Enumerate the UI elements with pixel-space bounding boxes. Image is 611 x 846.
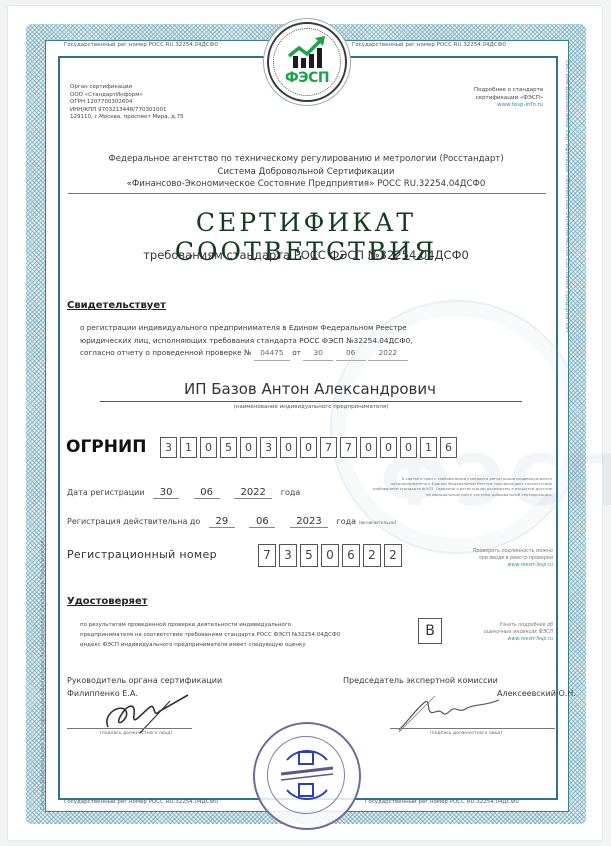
cert-body-line: Орган сертификации [70,84,184,92]
agency-line: «Финансово-Экономическое Состояние Предп… [62,178,550,191]
right-signature-caption: (подпись должностного лица) [430,731,502,736]
right-signature-line [390,728,555,729]
registration-number-digits: 7350622 [258,544,402,567]
testifies-line: юридических лиц, исполняющих требования … [80,335,550,348]
registration-digit-box: 5 [300,544,318,567]
registration-year: 2022 [234,487,272,499]
left-signature-line [67,728,192,729]
registration-digit-box: 3 [279,544,297,567]
side-text-left: Система Добровольной Сертификации «Финан… [40,537,46,810]
valid-until-label: Регистрация действительна до [67,517,200,526]
ogrnip-digit-box: 0 [360,437,377,458]
valid-until-note: (включительно) [359,521,397,526]
verify-line: Проверить подлинность можно [458,548,553,555]
holder-name-caption: (наименование индивидуального предприним… [100,404,522,410]
ogrnip-digit-box: 1 [180,437,197,458]
grade-note-line: Узнать подробнее об [455,622,553,629]
right-signature-icon [395,696,505,732]
report-number: 04475 [254,347,290,361]
ogrnip-digit-box: 3 [160,437,177,458]
ogrnip-digit-box: 0 [280,437,297,458]
verify-line: при вводе в реестр проверки [458,555,553,562]
ogrnip-digits: 310503007700016 [160,437,457,458]
registration-digit-box: 7 [258,544,276,567]
ogrnip-digit-box: 7 [320,437,337,458]
right-signatory-name: Алексеевский О.Н. [497,689,576,698]
testifies-line: согласно отчету о проведенной проверке №… [80,347,550,361]
left-signature-caption: (подпись должностного лица) [100,731,172,736]
agency-line: Федеральное агентство по техническому ре… [62,153,550,166]
registration-digit-box: 0 [321,544,339,567]
valid-until-row: Регистрация действительна до 29 06 2023 … [67,516,396,528]
grade-note-link[interactable]: www.reestr-fesp.ru [455,636,553,643]
fine-print: В соответствии с требованиями стандарта … [372,476,552,497]
registration-number-label: Регистрационный номер [67,548,217,561]
certificate-subtitle: требованиям стандарта РОСС ФЭСП №32254.0… [62,248,550,262]
official-stamp [253,722,361,830]
state-reg-line-bottom-right: Государственный рег.номер РОСС RU.32254.… [365,799,519,805]
report-from: от [292,348,301,357]
verify-link[interactable]: www.reestr-fesp.ru [458,562,553,569]
registration-date-row: Дата регистрации 30 06 2022 года [67,487,300,499]
ogrnip-digit-box: 7 [340,437,357,458]
state-reg-line-bottom-left: Государственный рег.номер РОСС RU.32254.… [64,799,218,805]
grade-note-line: оценочных индексах ФЭСП [455,629,553,636]
registration-day: 30 [153,487,179,499]
growth-chart-icon [287,36,327,70]
cert-body-line: ООО «СтандартИнформ» [70,92,184,100]
right-signatory-title: Председатель экспертной комиссии [343,676,498,685]
ogrnip-digit-box: 3 [260,437,277,458]
certification-body-block: Орган сертификации ООО «СтандартИнформ» … [70,84,184,122]
verify-note: Проверить подлинность можно при вводе в … [458,548,553,569]
logo-label: ФЭСП [269,70,345,86]
cert-body-line: ИНН/КПП 9703213448/770301001 [70,107,184,115]
state-reg-line-top-right: Государственный рег.номер РОСС RU.32254.… [352,42,506,48]
grade-note: Узнать подробнее об оценочных индексах Ф… [455,622,553,643]
certifies-text: по результатам проведенной проверки деят… [80,620,410,650]
left-signatory-title: Руководитель органа сертификации [67,676,222,685]
registration-digit-box: 2 [363,544,381,567]
report-prefix: согласно отчету о проведенной проверке № [80,348,252,357]
registration-month: 06 [194,487,220,499]
testifies-text: о регистрации индивидуального предприним… [80,322,550,361]
testifies-line: о регистрации индивидуального предприним… [80,322,550,335]
ogrnip-digit-box: 0 [240,437,257,458]
standard-details-link[interactable]: www.fesp-info.ru [474,102,543,110]
certifies-line: предпринимателя на соответствие требован… [80,630,410,640]
standard-details-block: Подробнее о стандарте сертификации «ФЭСП… [474,87,543,110]
registration-digit-box: 6 [342,544,360,567]
grade-box: В [418,618,442,644]
registration-digit-box: 2 [384,544,402,567]
side-text-right: Система Добровольной Сертификации «Финан… [564,60,570,333]
ogrnip-digit-box: 0 [380,437,397,458]
header-divider [68,193,546,194]
standard-details-line: Подробнее о стандарте [474,87,543,95]
ogrnip-label: ОГРНИП [66,437,146,457]
registration-date-label: Дата регистрации [67,488,145,497]
stamp-emblem-icon [277,744,337,806]
valid-until-suffix: года [337,517,357,526]
cert-body-line: 129110, г.Москва, проспект Мира, д.75 [70,114,184,122]
ogrnip-digit-box: 0 [200,437,217,458]
state-reg-line-top-left: Государственный рег.номер РОСС RU.32254.… [64,42,218,48]
certifies-heading: Удостоверяет [67,596,148,607]
cert-body-line: ОГРН 1207700302604 [70,99,184,107]
certifies-line: индекс ФЭСП индивидуального предпринимат… [80,640,410,650]
valid-until-year: 2023 [290,516,328,528]
agency-line: Система Добровольной Сертификации [62,166,550,179]
holder-name-underline [100,401,522,402]
report-year: 2022 [368,347,408,361]
valid-until-day: 29 [209,516,235,528]
agency-header: Федеральное агентство по техническому ре… [62,153,550,191]
testifies-heading: Свидетельствует [67,300,166,311]
ogrnip-digit-box: 0 [300,437,317,458]
standard-details-line: сертификации «ФЭСП» [474,95,543,103]
ogrnip-digit-box: 6 [440,437,457,458]
fesp-logo: ФЭСП [267,22,347,102]
ogrnip-digit-box: 1 [420,437,437,458]
report-month: 06 [336,347,366,361]
valid-until-month: 06 [249,516,275,528]
ogrnip-digit-box: 5 [220,437,237,458]
report-day: 30 [303,347,333,361]
holder-name: ИП Базов Антон Александрович [100,380,520,398]
ogrnip-digit-box: 0 [400,437,417,458]
registration-date-suffix: года [281,488,301,497]
certifies-line: по результатам проведенной проверки деят… [80,620,410,630]
